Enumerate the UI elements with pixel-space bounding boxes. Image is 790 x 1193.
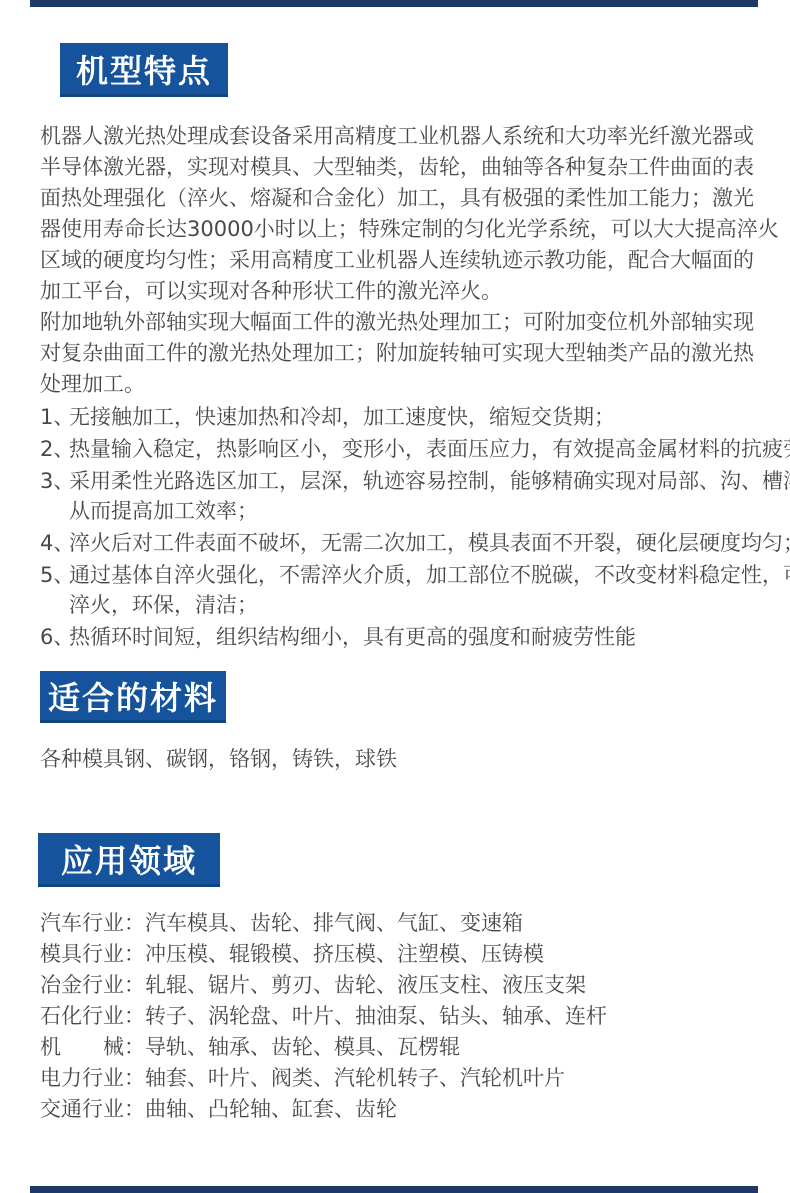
list-item-text: 热量输入稳定，热影响区小，变形小，表面压应力，有效提高金属材料的抗疲劳性能 — [69, 434, 790, 464]
list-item-text: 通过基体自淬火强化，不需淬火介质，加工部位不脱碳，不改变材料稳定性，可反复 淬火… — [69, 560, 790, 620]
list-item-text: 无接触加工，快速加热和冷却，加工速度快，缩短交货期； — [69, 402, 615, 432]
industry-items: 导轨、轴承、齿轮、模具、瓦楞辊 — [145, 1035, 460, 1059]
list-item-line: 从而提高加工效率； — [69, 496, 790, 526]
list-item-line: 淬火后对工件表面不破坏，无需二次加工，模具表面不开裂，硬化层硬度均匀； — [69, 531, 790, 555]
section-title-features: 机型特点 — [60, 43, 228, 97]
industry-items: 汽车模具、齿轮、排气阀、气缸、变速箱 — [145, 911, 523, 935]
top-divider-bar — [30, 0, 758, 7]
list-item-number: 2、 — [40, 434, 69, 464]
list-item: 5、 通过基体自淬火强化，不需淬火介质，加工部位不脱碳，不改变材料稳定性，可反复… — [40, 560, 788, 620]
applications-list: 汽车行业：汽车模具、齿轮、排气阀、气缸、变速箱 模具行业：冲压模、辊锻模、挤压模… — [40, 908, 788, 1125]
list-item-text: 热循环时间短，组织结构细小，具有更高的强度和耐疲劳性能 — [69, 622, 636, 652]
application-row: 交通行业：曲轴、凸轮轴、缸套、齿轮 — [40, 1094, 788, 1125]
paragraph-line: 区域的硬度均匀性；采用高精度工业机器人连续轨迹示教功能，配合大幅面的 — [40, 245, 788, 276]
list-item-line: 热循环时间短，组织结构细小，具有更高的强度和耐疲劳性能 — [69, 625, 636, 649]
list-item: 2、 热量输入稳定，热影响区小，变形小，表面压应力，有效提高金属材料的抗疲劳性能 — [40, 434, 788, 464]
paragraph-line: 各种模具钢、碳钢，铬钢，铸铁，球铁 — [40, 744, 788, 775]
paragraph-line: 处理加工。 — [40, 369, 788, 400]
list-item: 4、 淬火后对工件表面不破坏，无需二次加工，模具表面不开裂，硬化层硬度均匀； — [40, 528, 788, 558]
application-row: 电力行业：轴套、叶片、阀类、汽轮机转子、汽轮机叶片 — [40, 1063, 788, 1094]
industry-label: 冶金行业： — [40, 973, 145, 997]
paragraph-line: 面热处理强化（淬火、熔凝和合金化）加工，具有极强的柔性加工能力；激光 — [40, 183, 788, 214]
list-item-line: 淬火，环保，清洁； — [69, 590, 790, 620]
list-item-line: 无接触加工，快速加热和冷却，加工速度快，缩短交货期； — [69, 405, 615, 429]
features-point-list: 1、 无接触加工，快速加热和冷却，加工速度快，缩短交货期； 2、 热量输入稳定，… — [40, 402, 788, 654]
application-row: 石化行业：转子、涡轮盘、叶片、抽油泵、钻头、轴承、连杆 — [40, 1001, 788, 1032]
industry-items: 轧辊、锯片、剪刃、齿轮、液压支柱、液压支架 — [145, 973, 586, 997]
list-item-number: 3、 — [40, 466, 69, 526]
list-item-text: 采用柔性光路选区加工，层深，轨迹容易控制，能够精确实现对局部、沟、槽淬火， 从而… — [69, 466, 790, 526]
industry-label: 机 械： — [40, 1035, 145, 1059]
industry-label: 石化行业： — [40, 1004, 145, 1028]
application-row: 汽车行业：汽车模具、齿轮、排气阀、气缸、变速箱 — [40, 908, 788, 939]
paragraph-line: 加工平台，可以实现对各种形状工件的激光淬火。 — [40, 276, 788, 307]
paragraph-line: 对复杂曲面工件的激光热处理加工；附加旋转轴可实现大型轴类产品的激光热 — [40, 338, 788, 369]
industry-items: 转子、涡轮盘、叶片、抽油泵、钻头、轴承、连杆 — [145, 1004, 607, 1028]
industry-items: 轴套、叶片、阀类、汽轮机转子、汽轮机叶片 — [145, 1066, 565, 1090]
application-row: 机 械：导轨、轴承、齿轮、模具、瓦楞辊 — [40, 1032, 788, 1063]
list-item-line: 热量输入稳定，热影响区小，变形小，表面压应力，有效提高金属材料的抗疲劳性能 — [69, 437, 790, 461]
industry-label: 汽车行业： — [40, 911, 145, 935]
industry-items: 冲压模、辊锻模、挤压模、注塑模、压铸模 — [145, 942, 544, 966]
list-item-number: 5、 — [40, 560, 69, 620]
list-item: 3、 采用柔性光路选区加工，层深，轨迹容易控制，能够精确实现对局部、沟、槽淬火，… — [40, 466, 788, 526]
materials-text: 各种模具钢、碳钢，铬钢，铸铁，球铁 — [40, 744, 788, 775]
section-title-materials: 适合的材料 — [40, 671, 226, 723]
bottom-divider-bar — [30, 1186, 758, 1193]
paragraph-line: 机器人激光热处理成套设备采用高精度工业机器人系统和大功率光纤激光器或 — [40, 121, 788, 152]
industry-label: 电力行业： — [40, 1066, 145, 1090]
paragraph-line: 半导体激光器，实现对模具、大型轴类，齿轮，曲轴等各种复杂工件曲面的表 — [40, 152, 788, 183]
list-item-number: 4、 — [40, 528, 69, 558]
paragraph-line: 器使用寿命长达30000小时以上；特殊定制的匀化光学系统，可以大大提高淬火 — [40, 214, 788, 245]
section-title-applications: 应用领域 — [38, 833, 220, 887]
industry-items: 曲轴、凸轮轴、缸套、齿轮 — [145, 1097, 397, 1121]
list-item: 6、 热循环时间短，组织结构细小，具有更高的强度和耐疲劳性能 — [40, 622, 788, 652]
paragraph-line: 附加地轨外部轴实现大幅面工件的激光热处理加工；可附加变位机外部轴实现 — [40, 307, 788, 338]
application-row: 模具行业：冲压模、辊锻模、挤压模、注塑模、压铸模 — [40, 939, 788, 970]
list-item-text: 淬火后对工件表面不破坏，无需二次加工，模具表面不开裂，硬化层硬度均匀； — [69, 528, 790, 558]
list-item-line: 通过基体自淬火强化，不需淬火介质，加工部位不脱碳，不改变材料稳定性，可反复 — [69, 560, 790, 590]
list-item-number: 6、 — [40, 622, 69, 652]
features-intro: 机器人激光热处理成套设备采用高精度工业机器人系统和大功率光纤激光器或 半导体激光… — [40, 121, 788, 400]
list-item-line: 采用柔性光路选区加工，层深，轨迹容易控制，能够精确实现对局部、沟、槽淬火， — [69, 466, 790, 496]
list-item: 1、 无接触加工，快速加热和冷却，加工速度快，缩短交货期； — [40, 402, 788, 432]
industry-label: 模具行业： — [40, 942, 145, 966]
list-item-number: 1、 — [40, 402, 69, 432]
industry-label: 交通行业： — [40, 1097, 145, 1121]
application-row: 冶金行业：轧辊、锯片、剪刃、齿轮、液压支柱、液压支架 — [40, 970, 788, 1001]
